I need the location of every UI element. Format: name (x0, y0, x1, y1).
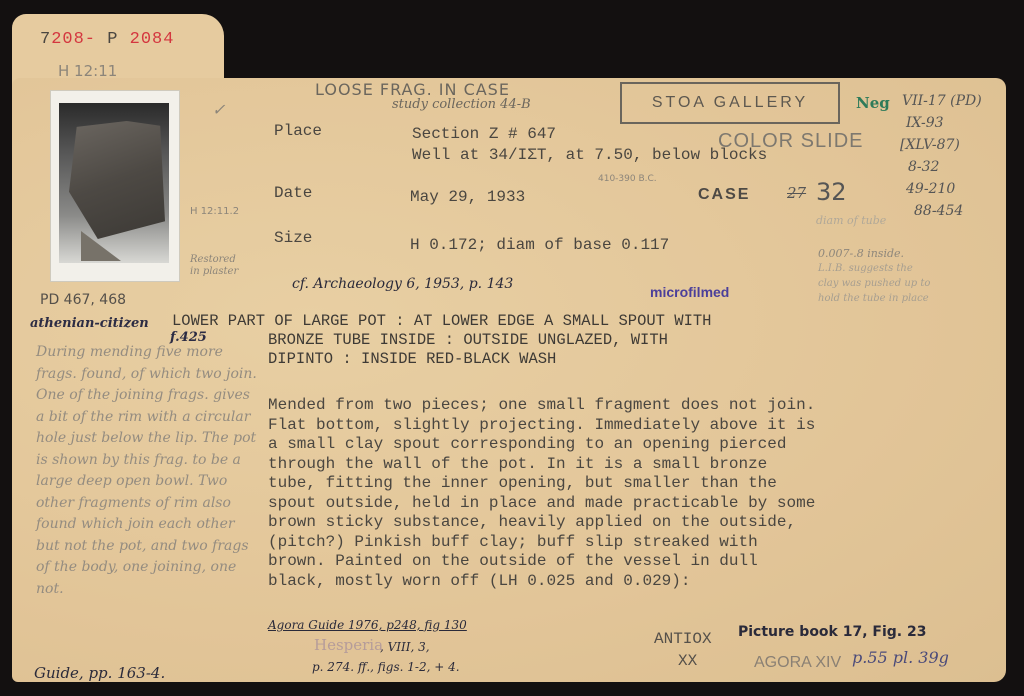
guide-reference: Guide, pp. 163-4. (34, 664, 165, 682)
case-old-number: 27 (787, 184, 806, 202)
place-value-line1: Section Z # 647 (412, 125, 556, 143)
note-line: clay was pushed up to (818, 276, 930, 291)
description-line: Mended from two pieces; one small fragme… (268, 396, 815, 416)
note-line: L.I.B. suggests the (818, 261, 930, 276)
description-line: brown. Painted on the outside of the ves… (268, 552, 815, 572)
title-line: BRONZE TUBE INSIDE : OUTSIDE UNGLAZED, W… (268, 331, 712, 350)
description-line: black, mostly worn off (LH 0.025 and 0.0… (268, 572, 815, 592)
neg-label: Neg (856, 94, 890, 112)
pd-numbers: PD 467, 468 (40, 292, 126, 308)
agora-guide-reference: Agora Guide 1976, p248, fig 130 (268, 618, 467, 632)
archaeology-reference: cf. Archaeology 6, 1953, p. 143 (292, 276, 513, 292)
title-line: DIPINTO : INSIDE RED-BLACK WASH (268, 350, 712, 369)
catalog-red-part1: 208- (51, 30, 96, 49)
photo-note-line1: Restored (190, 254, 238, 266)
description: Mended from two pieces; one small fragme… (268, 396, 815, 591)
stoa-gallery-stamp: STOA GALLERY (620, 82, 840, 124)
antiox-label: ANTIOX (654, 630, 712, 648)
neg-number: IX-93 (906, 112, 982, 134)
description-line: a small clay spout corresponding to an o… (268, 435, 815, 455)
photo-image (59, 103, 169, 263)
picture-book-reference: Picture book 17, Fig. 23 (738, 624, 926, 640)
size-label: Size (274, 229, 312, 247)
neg-number: VII-17 (PD) (902, 90, 982, 112)
agora-xiv-reference: p.55 pl. 39g (852, 648, 949, 667)
guide-ref-text: Guide, pp. 163-4. (34, 664, 165, 682)
neg-number: 8-32 (908, 156, 982, 178)
grid-ref-top: H 12:11 (58, 62, 117, 80)
hesperia-pages: p. 274. ff., figs. 1-2, + 4. (312, 660, 460, 674)
size-value: H 0.172; diam of base 0.117 (410, 236, 669, 254)
study-collection-note: study collection 44-B (392, 97, 531, 112)
left-pencil-note: During mending five more frags. found, o… (36, 342, 258, 600)
photo-note-line2: in plaster (190, 266, 238, 278)
note-line: 0.007-.8 inside. (818, 246, 930, 261)
date-label: Date (274, 184, 312, 202)
pot-shard-image (69, 121, 165, 239)
neg-number: 88-454 (914, 200, 982, 222)
catalog-number: 7208- P 2084 (40, 30, 174, 49)
microfilmed-stamp: microfilmed (650, 284, 729, 300)
case-stamp: CASE (698, 186, 750, 204)
description-line: through the wall of the pot. In it is a … (268, 455, 815, 475)
description-line: brown sticky substance, heavily applied … (268, 513, 815, 533)
description-line: spout outside, held in place and made pr… (268, 494, 815, 514)
photo-note: Restored in plaster (190, 254, 238, 278)
photo-grid-ref: H 12:11.2 (190, 206, 239, 217)
place-value-line2: Well at 34/IΣT, at 7.50, below blocks (412, 146, 767, 164)
place-label: Place (274, 122, 322, 140)
case-number: 32 (816, 178, 847, 206)
neg-numbers: VII-17 (PD) IX-93 [XLV-87) 8-32 49-210 8… (902, 90, 982, 222)
neg-number: [XLV-87) (900, 134, 982, 156)
agora-xiv-stamp: AGORA XIV (754, 654, 841, 672)
description-line: (pitch?) Pinkish buff clay; buff slip st… (268, 533, 815, 553)
date-value: May 29, 1933 (410, 188, 525, 206)
artifact-photo (50, 90, 180, 282)
date-range-note: 410-390 B.C. (598, 174, 657, 184)
description-line: Flat bottom, slightly projecting. Immedi… (268, 416, 815, 436)
check-mark: ✓ (212, 100, 225, 119)
catalog-mid: P (96, 30, 130, 49)
catalog-red-part2: 2084 (130, 30, 175, 49)
diam-tube-note: diam of tube (816, 214, 886, 227)
right-pencil-notes: 0.007-.8 inside. L.I.B. suggests the cla… (818, 246, 930, 306)
catalog-prefix: 7 (40, 30, 51, 49)
neg-number: 49-210 (906, 178, 982, 200)
note-line: hold the tube in place (818, 291, 930, 306)
title-line: LOWER PART OF LARGE POT : AT LOWER EDGE … (172, 312, 712, 331)
athenian-citizen-note: athenian-citizen (30, 316, 149, 331)
xx-label: XX (678, 652, 697, 670)
hesperia-stamp: Hesperia (314, 636, 383, 654)
description-line: tube, fitting the inner opening, but sma… (268, 474, 815, 494)
hesperia-volume: , VIII, 3, (380, 640, 430, 654)
